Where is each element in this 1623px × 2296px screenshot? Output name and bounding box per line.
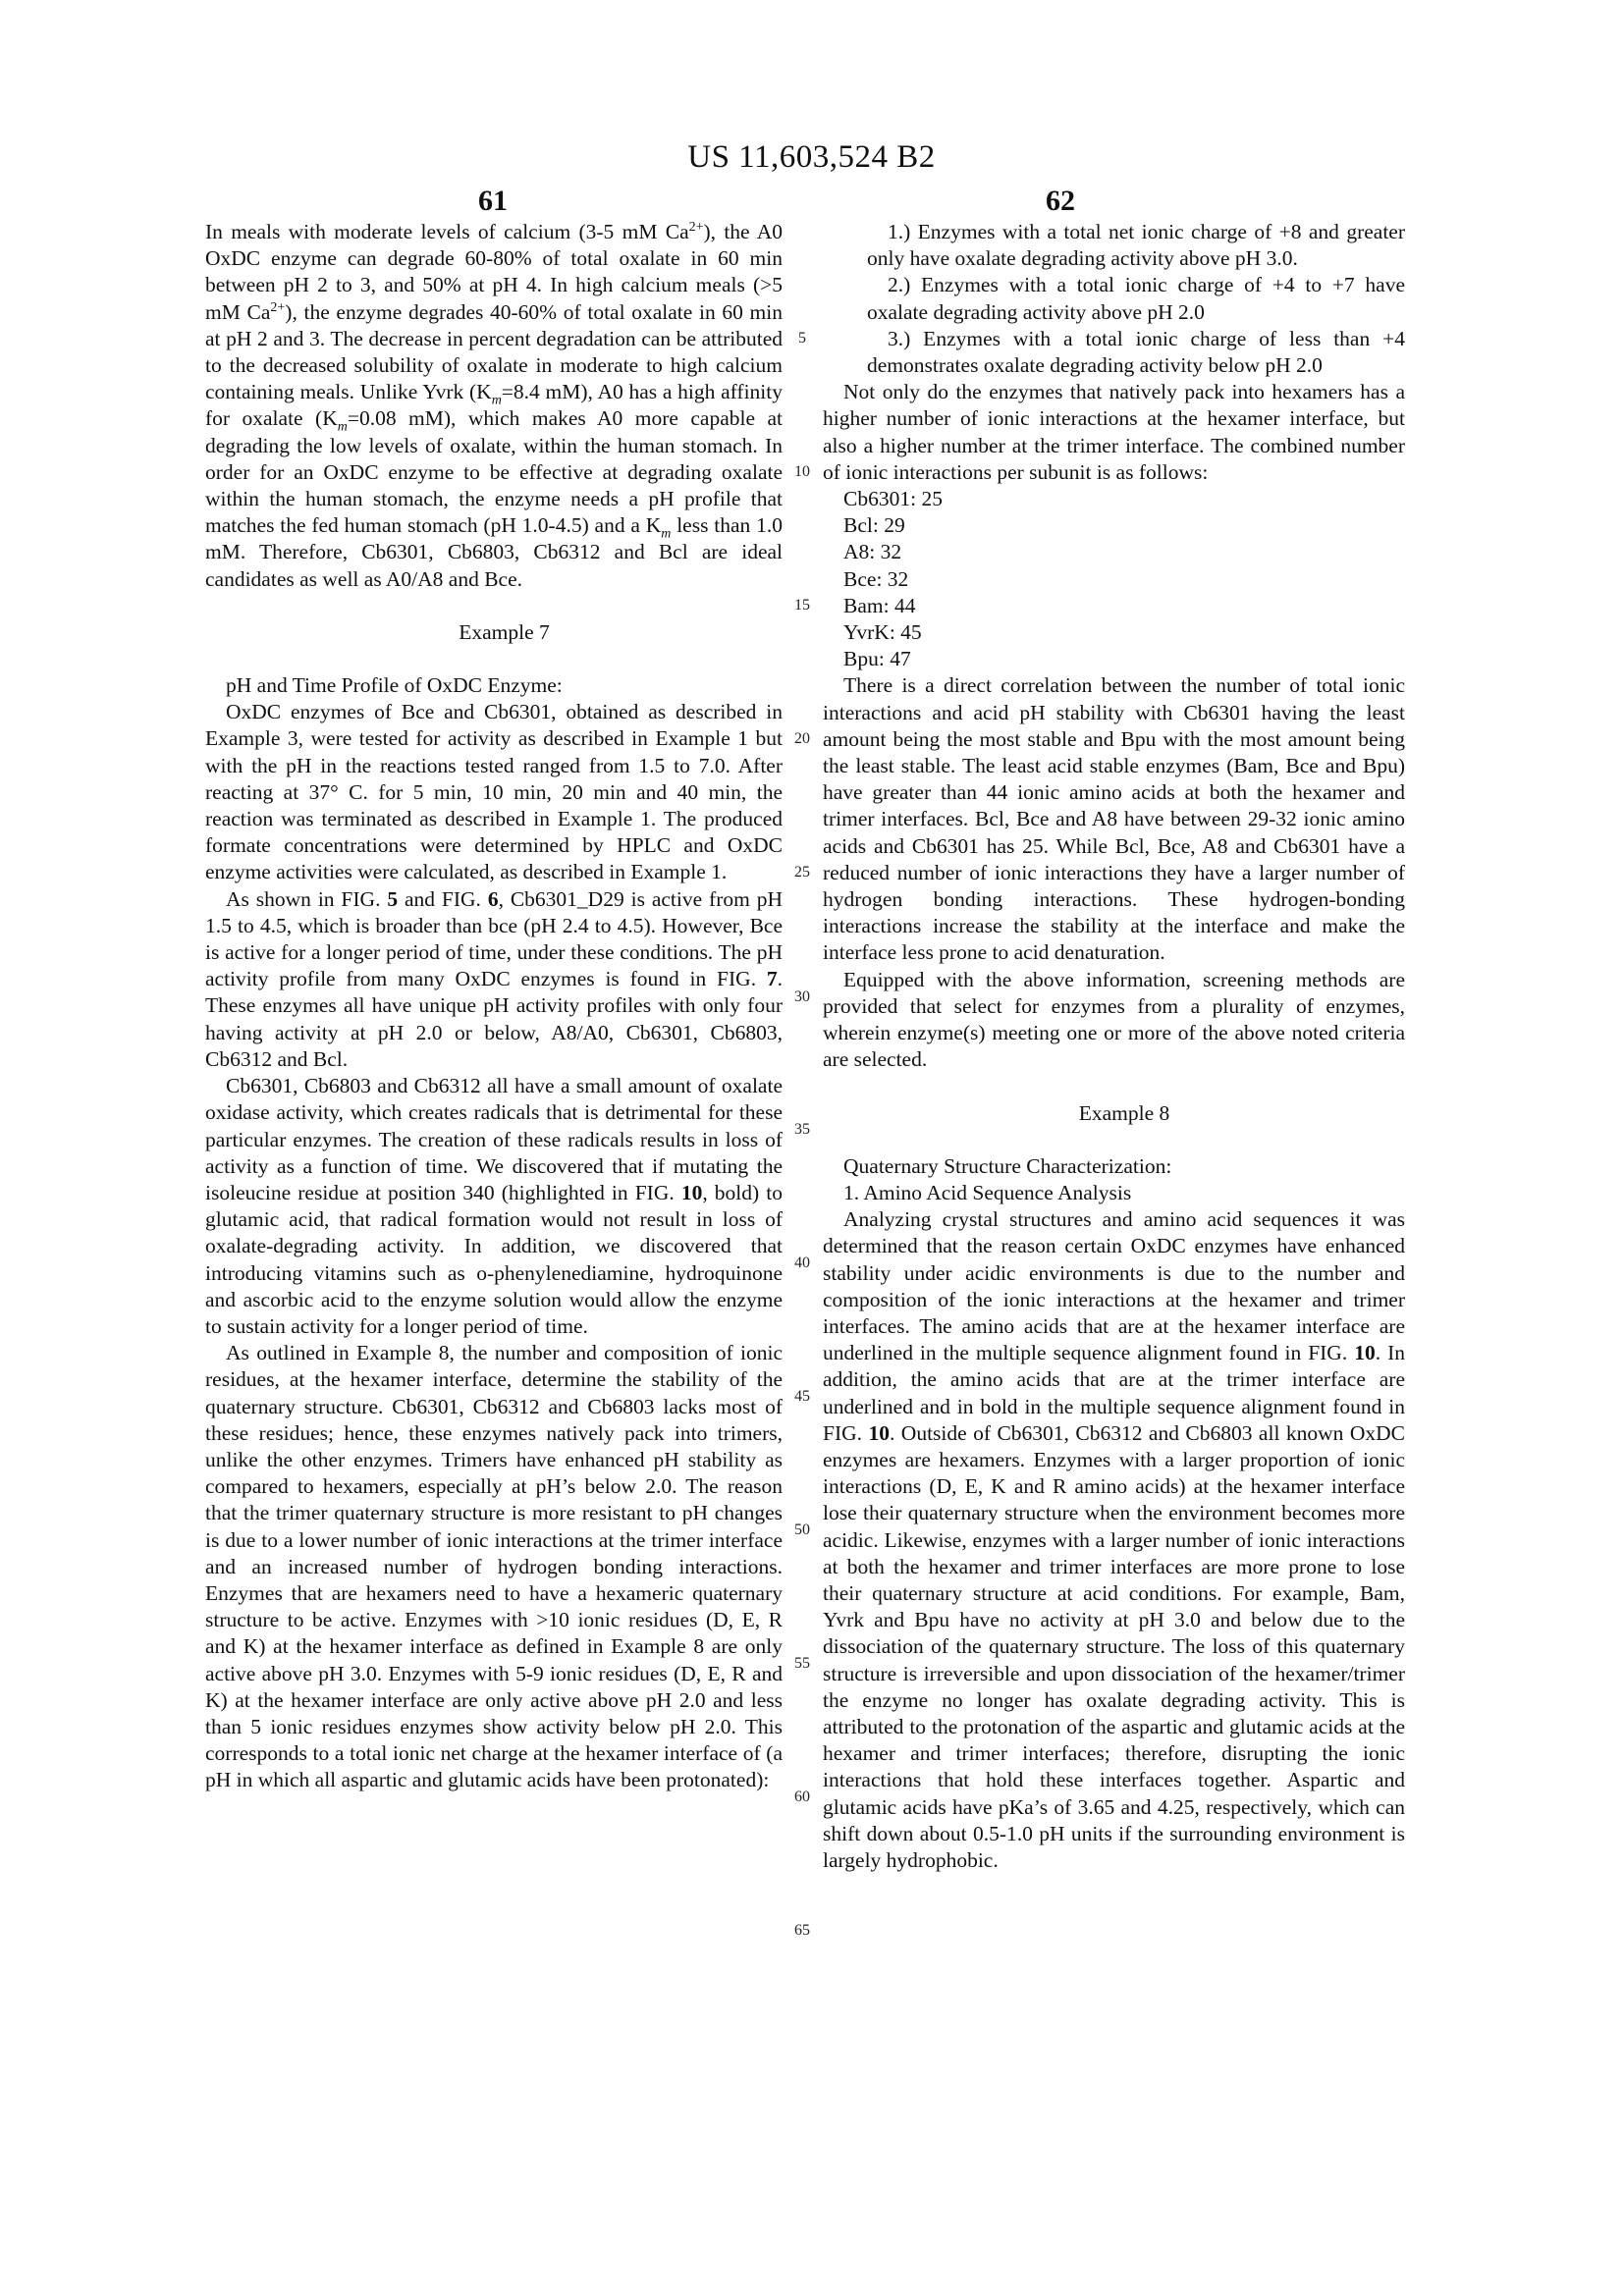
ionic-interaction-counts: Cb6301: 25 Bcl: 29 A8: 32 Bce: 32 Bam: 4… <box>823 486 1405 672</box>
paragraph-calcium-meals: In meals with moderate levels of calcium… <box>205 219 783 593</box>
criteria-item-3: 3.) Enzymes with a total ionic charge of… <box>823 326 1405 379</box>
count-item: Cb6301: 25 <box>823 486 1405 512</box>
line-number: 15 <box>787 597 817 614</box>
criteria-item-1: 1.) Enzymes with a total net ionic charg… <box>823 219 1405 272</box>
paragraph-ionic-residues: As outlined in Example 8, the number and… <box>205 1340 783 1793</box>
criteria-item-2: 2.) Enzymes with a total ionic charge of… <box>823 272 1405 325</box>
line-number: 35 <box>787 1121 817 1139</box>
line-number: 65 <box>787 1922 817 1940</box>
count-item: A8: 32 <box>823 539 1405 565</box>
paragraph-oxdc-testing: OxDC enzymes of Bce and Cb6301, obtained… <box>205 699 783 885</box>
count-item: Bce: 32 <box>823 566 1405 593</box>
paragraph-screening-methods: Equipped with the above information, scr… <box>823 967 1405 1074</box>
line-number: 55 <box>787 1655 817 1673</box>
paragraph-correlation: There is a direct correlation between th… <box>823 672 1405 966</box>
line-number: 20 <box>787 730 817 748</box>
count-item: Bpu: 47 <box>823 646 1405 672</box>
line-number: 10 <box>787 463 817 481</box>
left-text-column: In meals with moderate levels of calcium… <box>205 219 783 1794</box>
count-item: Bcl: 29 <box>823 512 1405 539</box>
column-number-left: 61 <box>444 185 542 218</box>
line-number: 60 <box>787 1789 817 1806</box>
example-7-heading: Example 7 <box>205 619 783 646</box>
line-number: 50 <box>787 1522 817 1539</box>
patent-number: US 11,603,524 B2 <box>0 139 1623 176</box>
column-number-right: 62 <box>1011 185 1109 218</box>
line-number: 30 <box>787 988 817 1006</box>
right-text-column: 1.) Enzymes with a total net ionic charg… <box>823 219 1405 1874</box>
example-8-subheading: Quaternary Structure Characterization: <box>823 1153 1405 1180</box>
paragraph-fig-results: As shown in FIG. 5 and FIG. 6, Cb6301_D2… <box>205 886 783 1073</box>
example-8-heading: Example 8 <box>823 1100 1405 1127</box>
line-number: 40 <box>787 1255 817 1272</box>
example-7-subheading: pH and Time Profile of OxDC Enzyme: <box>205 672 783 699</box>
example-8-subsection: 1. Amino Acid Sequence Analysis <box>823 1180 1405 1206</box>
line-number: 25 <box>787 864 817 881</box>
line-number: 5 <box>787 330 817 347</box>
paragraph-oxidase-activity: Cb6301, Cb6803 and Cb6312 all have a sma… <box>205 1073 783 1340</box>
count-item: YvrK: 45 <box>823 619 1405 646</box>
count-item: Bam: 44 <box>823 593 1405 619</box>
line-number: 45 <box>787 1388 817 1406</box>
paragraph-hexamer-interactions: Not only do the enzymes that natively pa… <box>823 379 1405 486</box>
paragraph-crystal-structures: Analyzing crystal structures and amino a… <box>823 1206 1405 1874</box>
